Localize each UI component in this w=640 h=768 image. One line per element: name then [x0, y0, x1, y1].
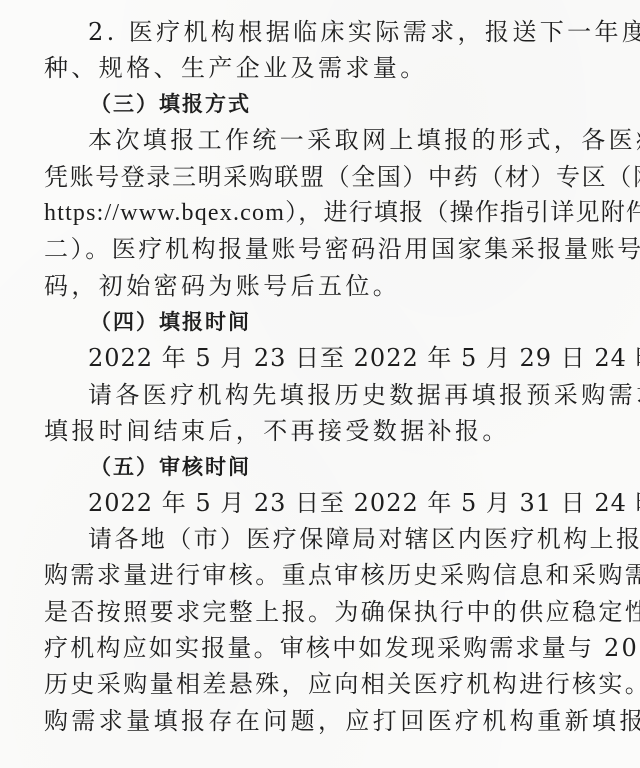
item-2-line-1: 2. 医疗机构根据临床实际需求，报送下一年度采购品	[88, 14, 574, 50]
section-4-line-3: 填报时间结束后，不再接受数据补报。	[44, 413, 574, 449]
section-3-line-1: 本次填报工作统一采取网上填报的形式，各医疗机构	[88, 122, 574, 158]
section-5-line-7: 购需求量填报存在问题，应打回医疗机构重新填报。	[44, 703, 574, 739]
section-3-heading: （三）填报方式	[90, 86, 620, 122]
item-2-line-2: 种、规格、生产企业及需求量。	[44, 50, 574, 86]
section-4-date-range: 2022 年 5 月 23 日至 2022 年 5 月 29 日 24 时。	[88, 340, 574, 376]
section-5-line-2: 请各地（市）医疗保障局对辖区内医疗机构上报的采	[88, 521, 574, 557]
section-3-line-2: 凭账号登录三明采购联盟（全国）中药（材）专区（网址:	[44, 159, 574, 195]
section-4-line-2: 请各医疗机构先填报历史数据再填报预采购需求量，	[88, 377, 574, 413]
section-5-line-4: 是否按照要求完整上报。为确保执行中的供应稳定性，医	[44, 594, 574, 630]
section-4-heading: （四）填报时间	[90, 304, 620, 340]
section-5-line-3: 购需求量进行审核。重点审核历史采购信息和采购需求量	[44, 557, 574, 593]
section-3-line-3-url: https://www.bqex.com），进行填报（操作指引详见附件	[44, 195, 574, 231]
section-5-line-6: 历史采购量相差悬殊，应向相关医疗机构进行核实。如采	[44, 666, 574, 702]
section-5-date-range: 2022 年 5 月 23 日至 2022 年 5 月 31 日 24 时。	[88, 485, 574, 521]
section-5-heading: （五）审核时间	[90, 449, 620, 485]
section-3-line-5: 码，初始密码为账号后五位。	[44, 268, 574, 304]
section-5-line-5: 疗机构应如实报量。审核中如发现采购需求量与 2021 年	[44, 630, 574, 666]
document-page: 2. 医疗机构根据临床实际需求，报送下一年度采购品 种、规格、生产企业及需求量。…	[0, 0, 640, 768]
section-3-line-4: 二）。医疗机构报量账号密码沿用国家集采报量账号及密	[44, 231, 574, 267]
